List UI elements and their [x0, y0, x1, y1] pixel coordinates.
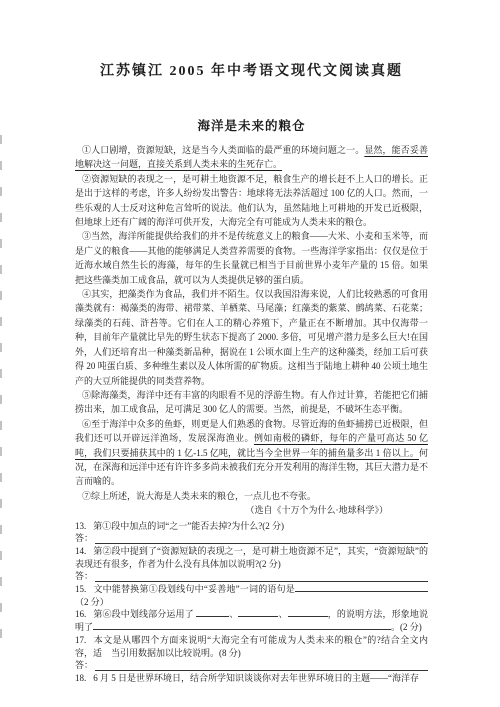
article-paragraph: ①人口剧增，资源短缺，这是当今人类面临的最严重的环境问题之一。显然，能否妥善地解… [75, 143, 428, 172]
text-segment: ⑦综上所述，说大海是人类未来的粮仓，一点儿也不夸张。 [82, 491, 316, 501]
fill-in-blank [238, 608, 278, 617]
question-18: 18.6 月 5 日是世界环境日，结合所学知识谈谈你对去年世界环境日的主题——“… [75, 672, 428, 685]
text-segment: 文中能替换第①段划线句中“妥善地”一词的语句是 [93, 584, 295, 594]
document-page: 江苏镇江 2005 年中考语文现代文阅读真题 海洋是未来的粮仓 ①人口剧增，资源… [0, 0, 500, 707]
article-paragraph: ②资源短缺的表现之一，是可耕土地资源不足，粮食生产的增长赶不上人口的增长。正是出… [75, 172, 428, 230]
article-paragraph: ④其实，把藻类作为食品，我们并不陌生。仅以我国沿海来说，人们比较熟悉的可食用藻类… [75, 287, 428, 388]
text-segment: 6 月 5 日是世界环境日，结合所学知识谈谈你对去年世界环境日的主题——“海洋存 [93, 673, 419, 683]
answer-line: 答： [75, 659, 428, 672]
answer-rule [95, 543, 428, 544]
fill-in-blank [288, 608, 328, 617]
document-title: 江苏镇江 2005 年中考语文现代文阅读真题 [75, 60, 428, 80]
article-title: 海洋是未来的粮仓 [75, 116, 428, 134]
text-segment: 第①段中加点的词“之一”能否去掉?为什么?(2 分) [93, 521, 284, 531]
fill-in-blank [93, 621, 391, 630]
article-paragraph: ⑤除海藻类，海洋中还有丰富的肉眼看不见的浮游生物。有人作过计算，若能把它们捕捞出… [75, 388, 428, 417]
fill-in-blank [295, 583, 428, 592]
question-17: 17.本文是从哪四个方面来说明“大海完全有可能成为人类未来的粮仓”的?结合全文内… [75, 634, 428, 659]
answer-rule [95, 670, 428, 671]
text-segment: 本文是从哪四个方面来说明“大海完全有可能成为人类未来的粮仓”的?结合全文内容，适… [75, 635, 428, 658]
question-number: 18. [75, 673, 86, 683]
article-paragraph: ⑦综上所述，说大海是人类未来的粮仓，一点儿也不夸张。 [75, 489, 428, 503]
text-segment: ④其实，把藻类作为食品，我们并不陌生。仅以我国沿海来说，人们比较熟悉的可食用藻类… [75, 289, 428, 385]
answer-line: 答： [75, 532, 428, 545]
text-segment: （2 分） [75, 597, 109, 607]
question-number: 17. [75, 635, 86, 645]
question-number: 15. [75, 584, 86, 594]
question-15: 15.文中能替换第①段划线句中“妥善地”一词的语句是（2 分） [75, 583, 428, 608]
answer-label: 答： [75, 532, 93, 545]
question-number: 16. [75, 609, 86, 619]
question-number: 14. [75, 546, 86, 556]
answer-label: 答： [75, 659, 93, 672]
question-16: 16.第⑥段中划线部分运用了 、、，的说明方法，形象地说明了。(2 分) [75, 608, 428, 633]
question-14: 14.第②段中提到了“资源短缺的表现之一，是可耕土地资源不足”，其实，“资源短缺… [75, 545, 428, 570]
text-segment: 。(2 分) [391, 622, 422, 632]
text-segment: 第⑥段中划线部分运用了 [93, 609, 196, 619]
article-paragraph: ③当然，海洋所能提供给我们的并不是传统意义上的粮食——大米、小麦和玉米等，而是广… [75, 229, 428, 287]
text-segment: 、 [229, 609, 238, 619]
question-13: 13.第①段中加点的词“之一”能否去掉?为什么?(2 分) [75, 520, 428, 533]
text-segment: ⑤除海藻类，海洋中还有丰富的肉眼看不见的浮游生物。有人作过计算，若能把它们捕捞出… [75, 390, 428, 414]
article-paragraph: ⑥至于海洋中众多的鱼虾，则更是人们熟悉的食物。尽管近海的鱼虾捕捞已近极限，但我们… [75, 417, 428, 489]
source-attribution: （选自《十万个为什么·地球科学》） [75, 503, 428, 517]
text-segment: ②资源短缺的表现之一，是可耕土地资源不足，粮食生产的增长赶不上人口的增长。正是出… [75, 174, 428, 227]
question-number: 13. [75, 521, 86, 531]
text-segment: 、 [278, 609, 287, 619]
fill-in-blank [196, 608, 229, 617]
article-body: ①人口剧增，资源短缺，这是当今人类面临的最严重的环境问题之一。显然，能否妥善地解… [75, 143, 428, 503]
answer-rule [95, 581, 428, 582]
questions-section: 13.第①段中加点的词“之一”能否去掉?为什么?(2 分)答：14.第②段中提到… [75, 520, 428, 685]
answer-line: 答： [75, 570, 428, 583]
scan-edge-artifact [0, 135, 2, 640]
text-segment: ③当然，海洋所能提供给我们的并不是传统意义上的粮食——大米、小麦和玉米等，而是广… [75, 231, 428, 284]
text-segment: ①人口剧增，资源短缺，这是当今人类面临的最严重的环境问题之一。 [82, 145, 364, 155]
answer-label: 答： [75, 570, 93, 583]
text-segment: 第②段中提到了“资源短缺的表现之一，是可耕土地资源不足”，其实，“资源短缺”的表… [75, 546, 428, 569]
